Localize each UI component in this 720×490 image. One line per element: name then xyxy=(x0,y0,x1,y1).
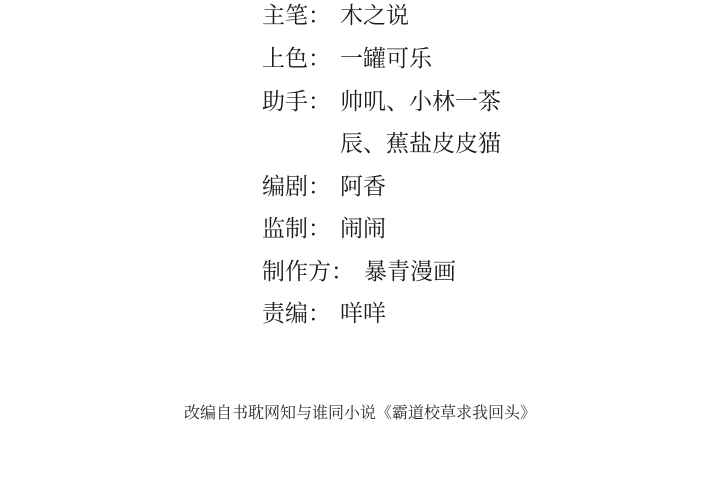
credit-row-producer: 制作方： 暴青漫画 xyxy=(262,257,456,287)
credit-names: 暴青漫画 xyxy=(364,257,456,287)
credit-role: 编剧： xyxy=(262,172,340,202)
adaptation-source-note: 改编自书耽网知与谁同小说《霸道校草求我回头》 xyxy=(0,402,720,424)
credit-role: 主笔： xyxy=(262,1,340,31)
credit-row-colorist: 上色： 一罐可乐 xyxy=(262,44,432,74)
credit-names: 辰、蕉盐皮皮猫 xyxy=(340,129,501,159)
credit-names: 闹闹 xyxy=(340,214,386,244)
credit-role: 监制： xyxy=(262,214,340,244)
credit-row-editor: 责编： 咩咩 xyxy=(262,299,386,329)
credit-names: 一罐可乐 xyxy=(340,44,432,74)
credit-role: 制作方： xyxy=(262,257,364,287)
credit-names: 阿香 xyxy=(340,172,386,202)
credit-role xyxy=(262,129,340,159)
credit-role: 助手： xyxy=(262,87,340,117)
credit-role: 上色： xyxy=(262,44,340,74)
credit-row-lead-artist: 主笔： 木之说 xyxy=(262,1,409,31)
credit-row-assistants: 助手： 帅叽、小林一茶 xyxy=(262,87,501,117)
credit-row-supervisor: 监制： 闹闹 xyxy=(262,214,386,244)
credit-names: 木之说 xyxy=(340,1,409,31)
credit-row-scriptwriter: 编剧： 阿香 xyxy=(262,172,386,202)
credit-row-assistants-continued: 辰、蕉盐皮皮猫 xyxy=(262,129,501,159)
credit-names: 咩咩 xyxy=(340,299,386,329)
credit-role: 责编： xyxy=(262,299,340,329)
credit-names: 帅叽、小林一茶 xyxy=(340,87,501,117)
